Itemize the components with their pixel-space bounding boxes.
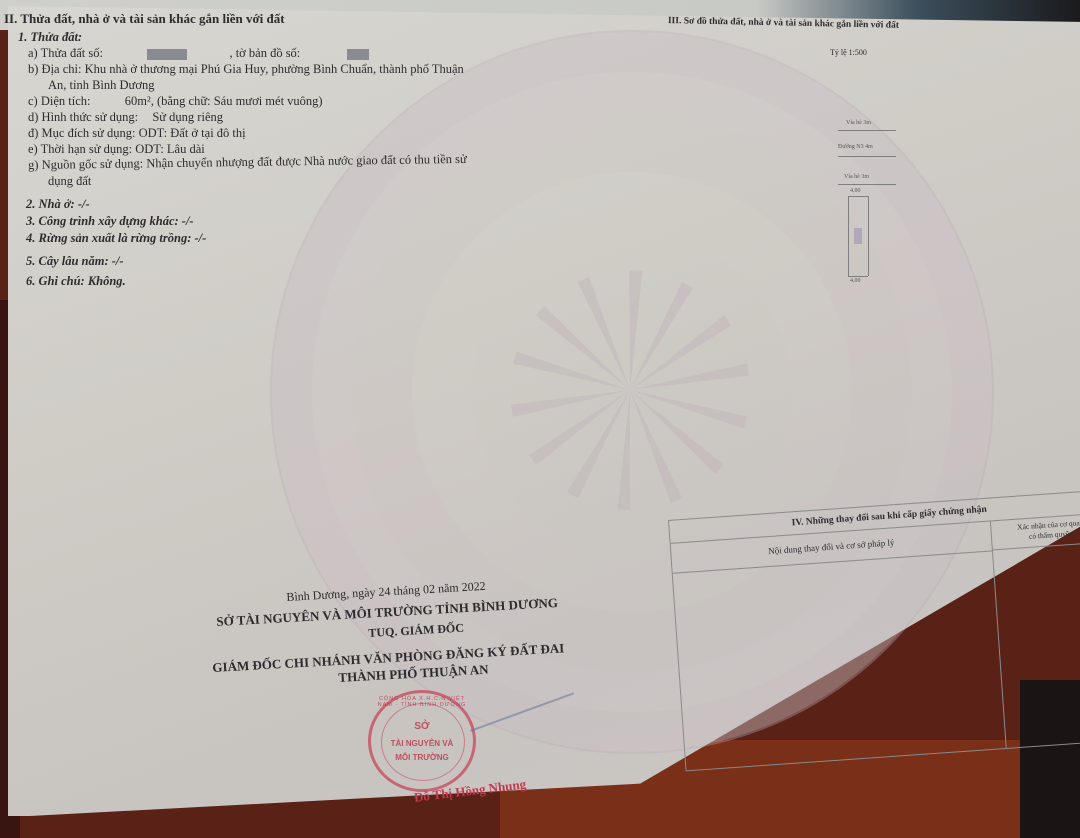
sketch-line	[838, 130, 896, 131]
map-sheet-label: , tờ bản đồ số:	[229, 46, 300, 60]
area-value: 60m², (bằng chữ: Sáu mươi mét vuông)	[125, 94, 323, 108]
use-form-value: Sử dụng riêng	[152, 110, 223, 124]
sketch-label-sidewalk-2: Vỉa hè 3m	[844, 174, 869, 180]
sketch-line	[838, 156, 896, 157]
term-row: e) Thời hạn sử dụng: ODT: Lâu dài	[28, 142, 205, 156]
other-construction-item: 3. Công trình xây dựng khác: -/-	[26, 214, 194, 228]
address-label: b) Địa chỉ:	[28, 62, 81, 76]
changes-table: IV. Những thay đổi sau khi cấp giấy chứn…	[668, 489, 1080, 771]
parcel-label: a) Thửa đất số:	[28, 46, 103, 60]
origin-label: g) Nguồn gốc sử dụng:	[28, 156, 143, 172]
sketch-width-top: 4.00	[850, 188, 861, 194]
use-form-row: d) Hình thức sử dụng: Sử dụng riêng	[28, 110, 223, 124]
area-label: c) Diện tích:	[28, 94, 90, 108]
note-item: 6. Ghi chú: Không.	[26, 274, 126, 288]
parcel-right-edge	[868, 196, 869, 276]
sketch-width-bottom: 4.00	[850, 278, 861, 284]
house-item: 2. Nhà ở: -/-	[26, 197, 90, 211]
term-value: ODT: Lâu dài	[135, 142, 205, 156]
stamp-line-2: TÀI NGUYÊN VÀ	[371, 739, 473, 748]
sketch-label-sidewalk-top: Vỉa hè 3m	[846, 120, 871, 126]
drum-star-watermark-icon	[510, 270, 750, 510]
parcel-redacted	[147, 49, 187, 60]
parcel-number-mark	[854, 228, 862, 244]
purpose-value: ODT: Đất ở tại đô thị	[139, 126, 246, 140]
section2-heading: II. Thửa đất, nhà ở và tài sản khác gắn …	[4, 12, 285, 26]
stamp-line-1: SỞ	[371, 721, 473, 732]
area-row: c) Diện tích: 60m², (bằng chữ: Sáu mươi …	[28, 94, 323, 108]
scale-label: Tỷ lệ 1:500	[830, 48, 867, 57]
origin-line2: dụng đất	[48, 174, 91, 188]
stamp-ring-text: CỘNG HÒA X.H.C.N VIỆT NAM · TỈNH BÌNH DƯ…	[371, 696, 473, 708]
use-form-label: d) Hình thức sử dụng:	[28, 110, 138, 124]
map-sheet-redacted	[347, 49, 369, 60]
purpose-label: đ) Mục đích sử dụng:	[28, 126, 135, 140]
official-stamp-icon: CỘNG HÒA X.H.C.N VIỆT NAM · TỈNH BÌNH DƯ…	[368, 690, 476, 792]
address-line2: An, tỉnh Bình Dương	[48, 78, 154, 92]
land-heading: 1. Thửa đất:	[18, 30, 82, 44]
table-column-divider	[992, 550, 1007, 748]
stamp-line-3: MÔI TRƯỜNG	[371, 753, 473, 762]
production-forest-item: 4. Rừng sản xuất là rừng trồng: -/-	[26, 231, 206, 245]
parcel-sketch: Vỉa hè 3m Đường N3 4m Vỉa hè 3m 4.00 4.0…	[838, 116, 898, 286]
sketch-label-road: Đường N3 4m	[838, 144, 873, 150]
sketch-line	[838, 184, 896, 185]
address-row: b) Địa chỉ: Khu nhà ở thương mại Phú Gia…	[28, 62, 464, 76]
purpose-row: đ) Mục đích sử dụng: ODT: Đất ở tại đô t…	[28, 126, 246, 140]
address-value: Khu nhà ở thương mại Phú Gia Huy, phường…	[85, 62, 464, 76]
term-label: e) Thời hạn sử dụng:	[28, 142, 132, 156]
perennial-trees-item: 5. Cây lâu năm: -/-	[26, 254, 124, 268]
parcel-left-edge	[848, 196, 849, 276]
parcel-top-edge	[848, 196, 868, 197]
parcel-bottom-edge	[848, 276, 868, 277]
parcel-row: a) Thửa đất số: , tờ bản đồ số:	[28, 46, 369, 60]
